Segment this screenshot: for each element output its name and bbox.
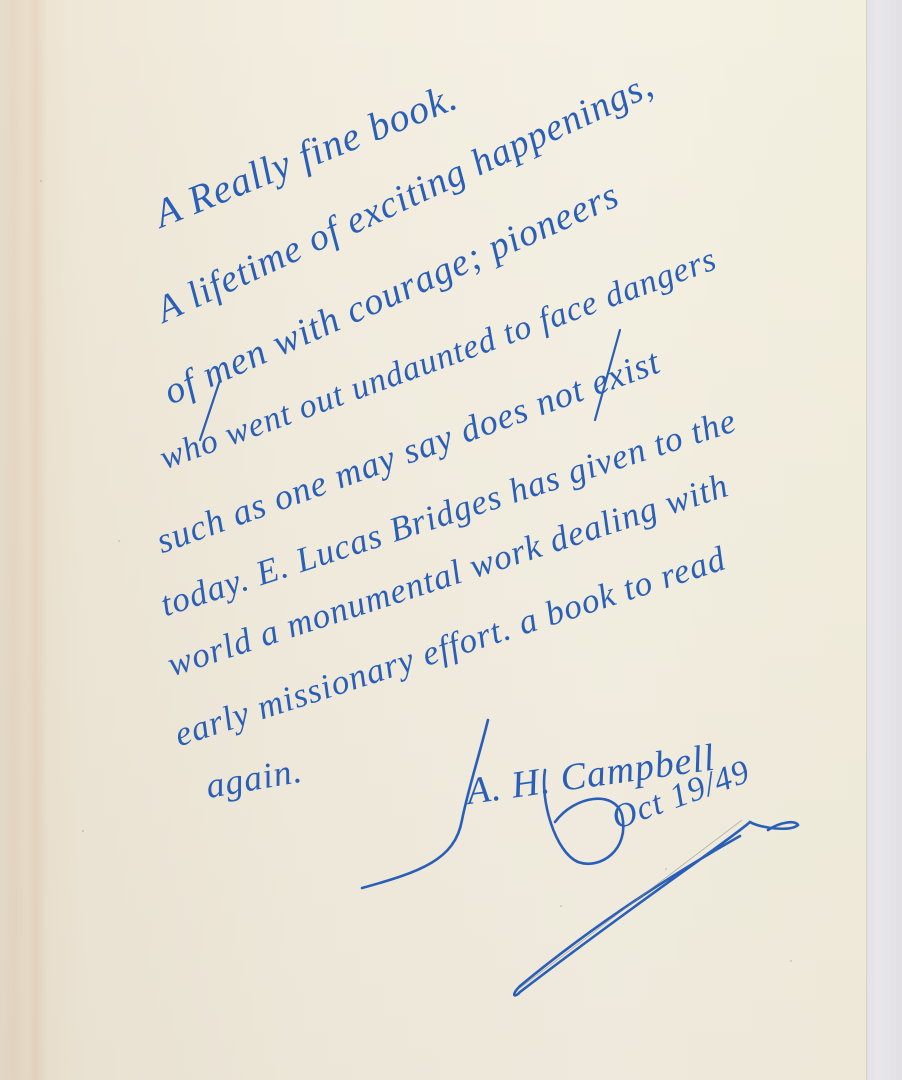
paper-speck	[790, 960, 792, 962]
paper-speck	[40, 180, 42, 182]
paper-speck	[665, 868, 667, 870]
book-page-photo: A Really fine book. A lifetime of exciti…	[0, 0, 902, 1080]
page-stack-edge	[866, 0, 902, 1080]
paper-speck	[560, 905, 562, 907]
paper-speck	[118, 540, 120, 542]
paper-speck	[82, 830, 84, 832]
